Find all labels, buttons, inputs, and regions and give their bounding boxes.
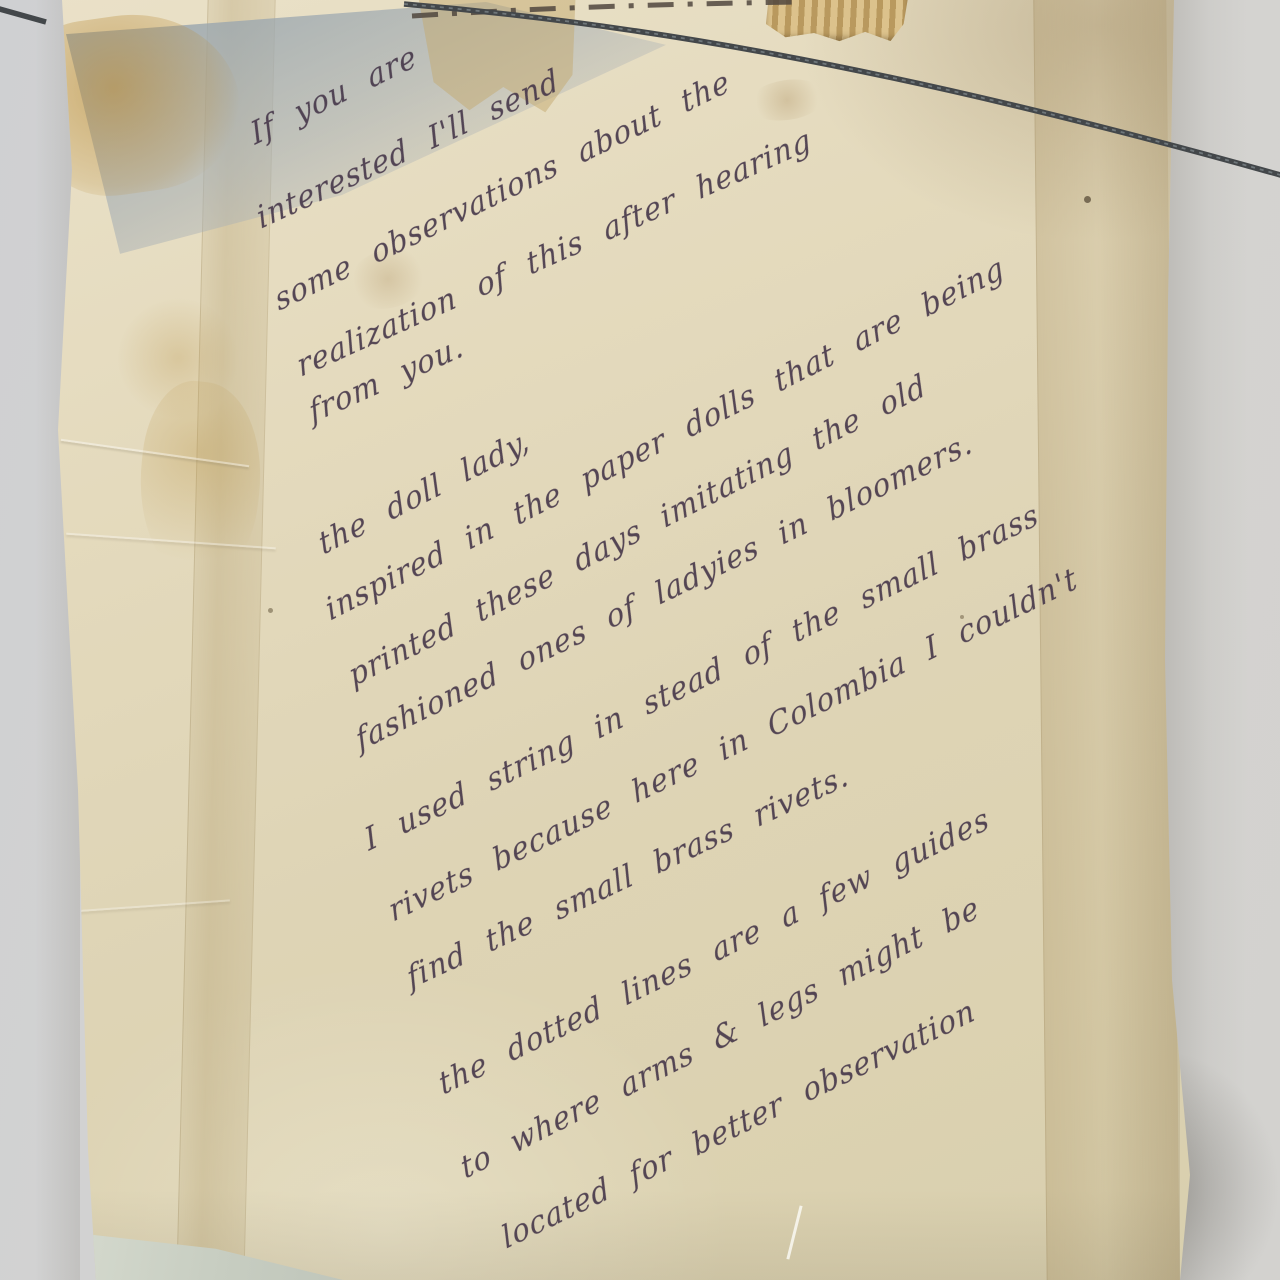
photo-handwritten-letter-on-wall: If you are interested I'll send some obs…	[0, 0, 1280, 1280]
handwriting-line: printed these days imitating the old	[345, 368, 931, 695]
tape-strip-right	[1033, 0, 1180, 1280]
paper-speck	[1084, 196, 1091, 203]
cardboard-fragment	[766, 0, 909, 43]
paper-stain	[746, 75, 829, 125]
paper-speck	[268, 608, 273, 613]
letter-paper: If you are interested I'll send some obs…	[0, 0, 1280, 1280]
